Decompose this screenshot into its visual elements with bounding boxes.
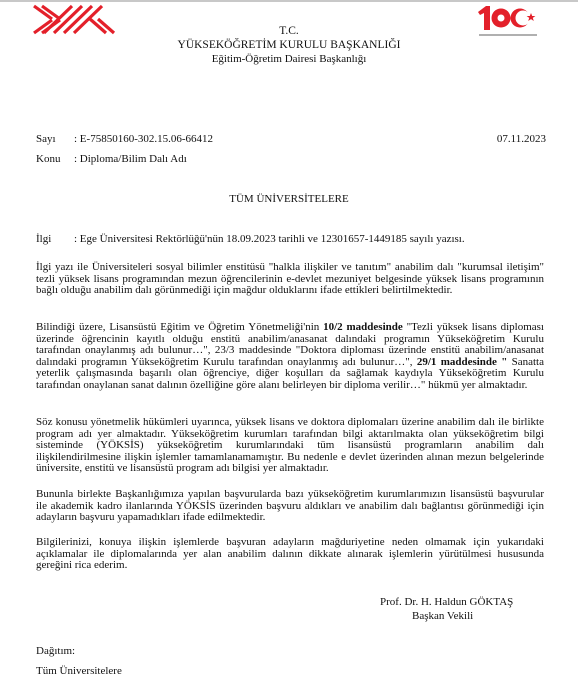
header-department: Eğitim-Öğretim Dairesi Başkanlığı <box>0 52 578 66</box>
document-date: 07.11.2023 <box>497 133 546 146</box>
sayi-row: Sayı: E-75850160-302.15.06-66412 <box>36 133 213 146</box>
signature-block: Prof. Dr. H. Haldun GÖKTAŞ Başkan Vekili <box>380 595 578 623</box>
letterhead: T.C. YÜKSEKÖĞRETİM KURULU BAŞKANLIĞI Eği… <box>0 24 578 66</box>
konu-row: Konu: Diploma/Bilim Dalı Adı <box>36 153 187 166</box>
sayi-label: Sayı <box>36 133 74 146</box>
distribution-label: Dağıtım: <box>36 645 75 657</box>
sayi-value: : E-75850160-302.15.06-66412 <box>74 133 213 145</box>
distribution-value: Tüm Üniversitelere <box>36 665 122 677</box>
paragraph-3: Söz konusu yönetmelik hükümleri uyarınca… <box>36 417 544 475</box>
ilgi-row: İlgi: Ege Üniversitesi Rektörlüğü'nün 18… <box>36 233 465 246</box>
paragraph-2-bold-article-29-1: 29/1 maddesinde " <box>417 356 507 368</box>
konu-label: Konu <box>36 153 74 166</box>
header-tc: T.C. <box>0 24 578 38</box>
paragraph-4: Bununla birlekte Başkanlığımıza yapılan … <box>36 489 544 524</box>
paragraph-1: İlgi yazı ile Üniversiteleri sosyal bili… <box>36 262 544 297</box>
ilgi-label: İlgi <box>36 233 74 246</box>
ilgi-value: : Ege Üniversitesi Rektörlüğü'nün 18.09.… <box>74 233 465 245</box>
signatory-title: Başkan Vekili <box>380 609 578 623</box>
paragraph-5: Bilgilerinizi, konuya ilişkin işlemlerde… <box>36 537 544 572</box>
paragraph-2: Bilindiği üzere, Lisansüstü Eğitim ve Öğ… <box>36 322 544 392</box>
top-border <box>0 0 578 2</box>
paragraph-2-text-a: Bilindiği üzere, Lisansüstü Eğitim ve Öğ… <box>36 321 323 333</box>
paragraph-2-bold-article-10-2: 10/2 maddesinde <box>323 321 403 333</box>
signatory-name: Prof. Dr. H. Haldun GÖKTAŞ <box>380 595 578 609</box>
recipient-heading: TÜM ÜNİVERSİTELERE <box>0 193 578 205</box>
konu-value: : Diploma/Bilim Dalı Adı <box>74 153 187 165</box>
header-institution: YÜKSEKÖĞRETİM KURULU BAŞKANLIĞI <box>0 38 578 52</box>
